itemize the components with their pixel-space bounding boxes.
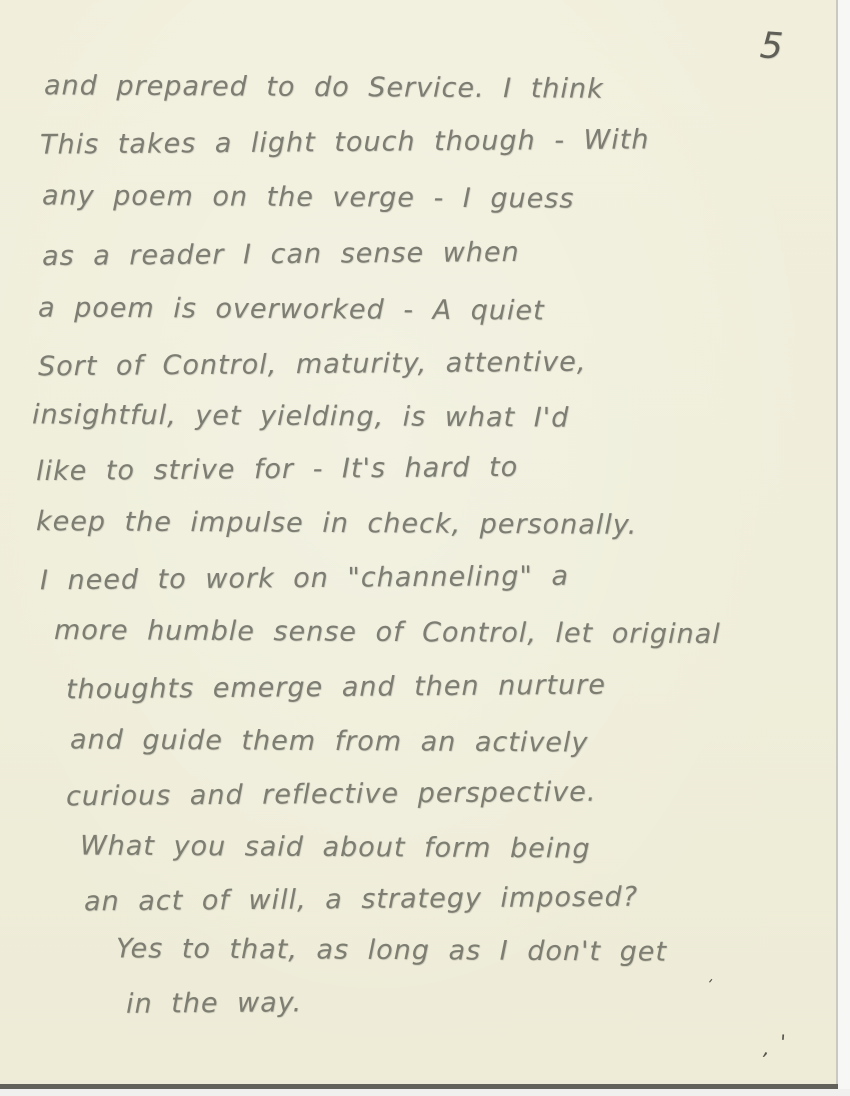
handwritten-line: thoughts emerge and then nurture [66, 670, 606, 706]
handwritten-line: and prepared to do Service. I think [44, 70, 604, 104]
handwritten-line: as a reader I can sense when [42, 237, 520, 272]
handwritten-line: and guide them from an actively [70, 724, 589, 758]
handwritten-line: Yes to that, as long as I don't get [116, 933, 667, 967]
stray-pencil-mark: ' [701, 977, 714, 992]
handwritten-line: in the way. [126, 987, 302, 1020]
handwritten-line: What you said about form being [80, 830, 591, 864]
stray-pencil-mark: , [762, 1036, 772, 1061]
scanned-handwritten-page: 5 and prepared to do Service. I think Th… [0, 0, 838, 1084]
handwritten-line: an act of will, a strategy imposed? [84, 882, 638, 918]
scanner-margin-right [836, 0, 850, 1096]
handwritten-line: insightful, yet yielding, is what I'd [32, 399, 569, 433]
handwritten-line: a poem is overworked - A quiet [38, 292, 545, 326]
stray-pencil-mark: ' [779, 1030, 786, 1054]
handwritten-line: like to strive for - It's hard to [36, 452, 518, 487]
handwritten-line: keep the impulse in check, personally. [36, 506, 637, 541]
handwritten-line: This takes a light touch though - With [40, 124, 650, 160]
page-number: 5 [759, 25, 785, 67]
handwritten-line: any poem on the verge - I guess [42, 180, 575, 214]
handwritten-line: more humble sense of Control, let origin… [54, 615, 721, 650]
handwritten-line: I need to work on "channeling" a [40, 561, 569, 597]
handwritten-line: curious and reflective perspective. [66, 777, 597, 813]
handwritten-line: Sort of Control, maturity, attentive, [38, 347, 587, 383]
scanner-margin-bottom [0, 1089, 850, 1096]
